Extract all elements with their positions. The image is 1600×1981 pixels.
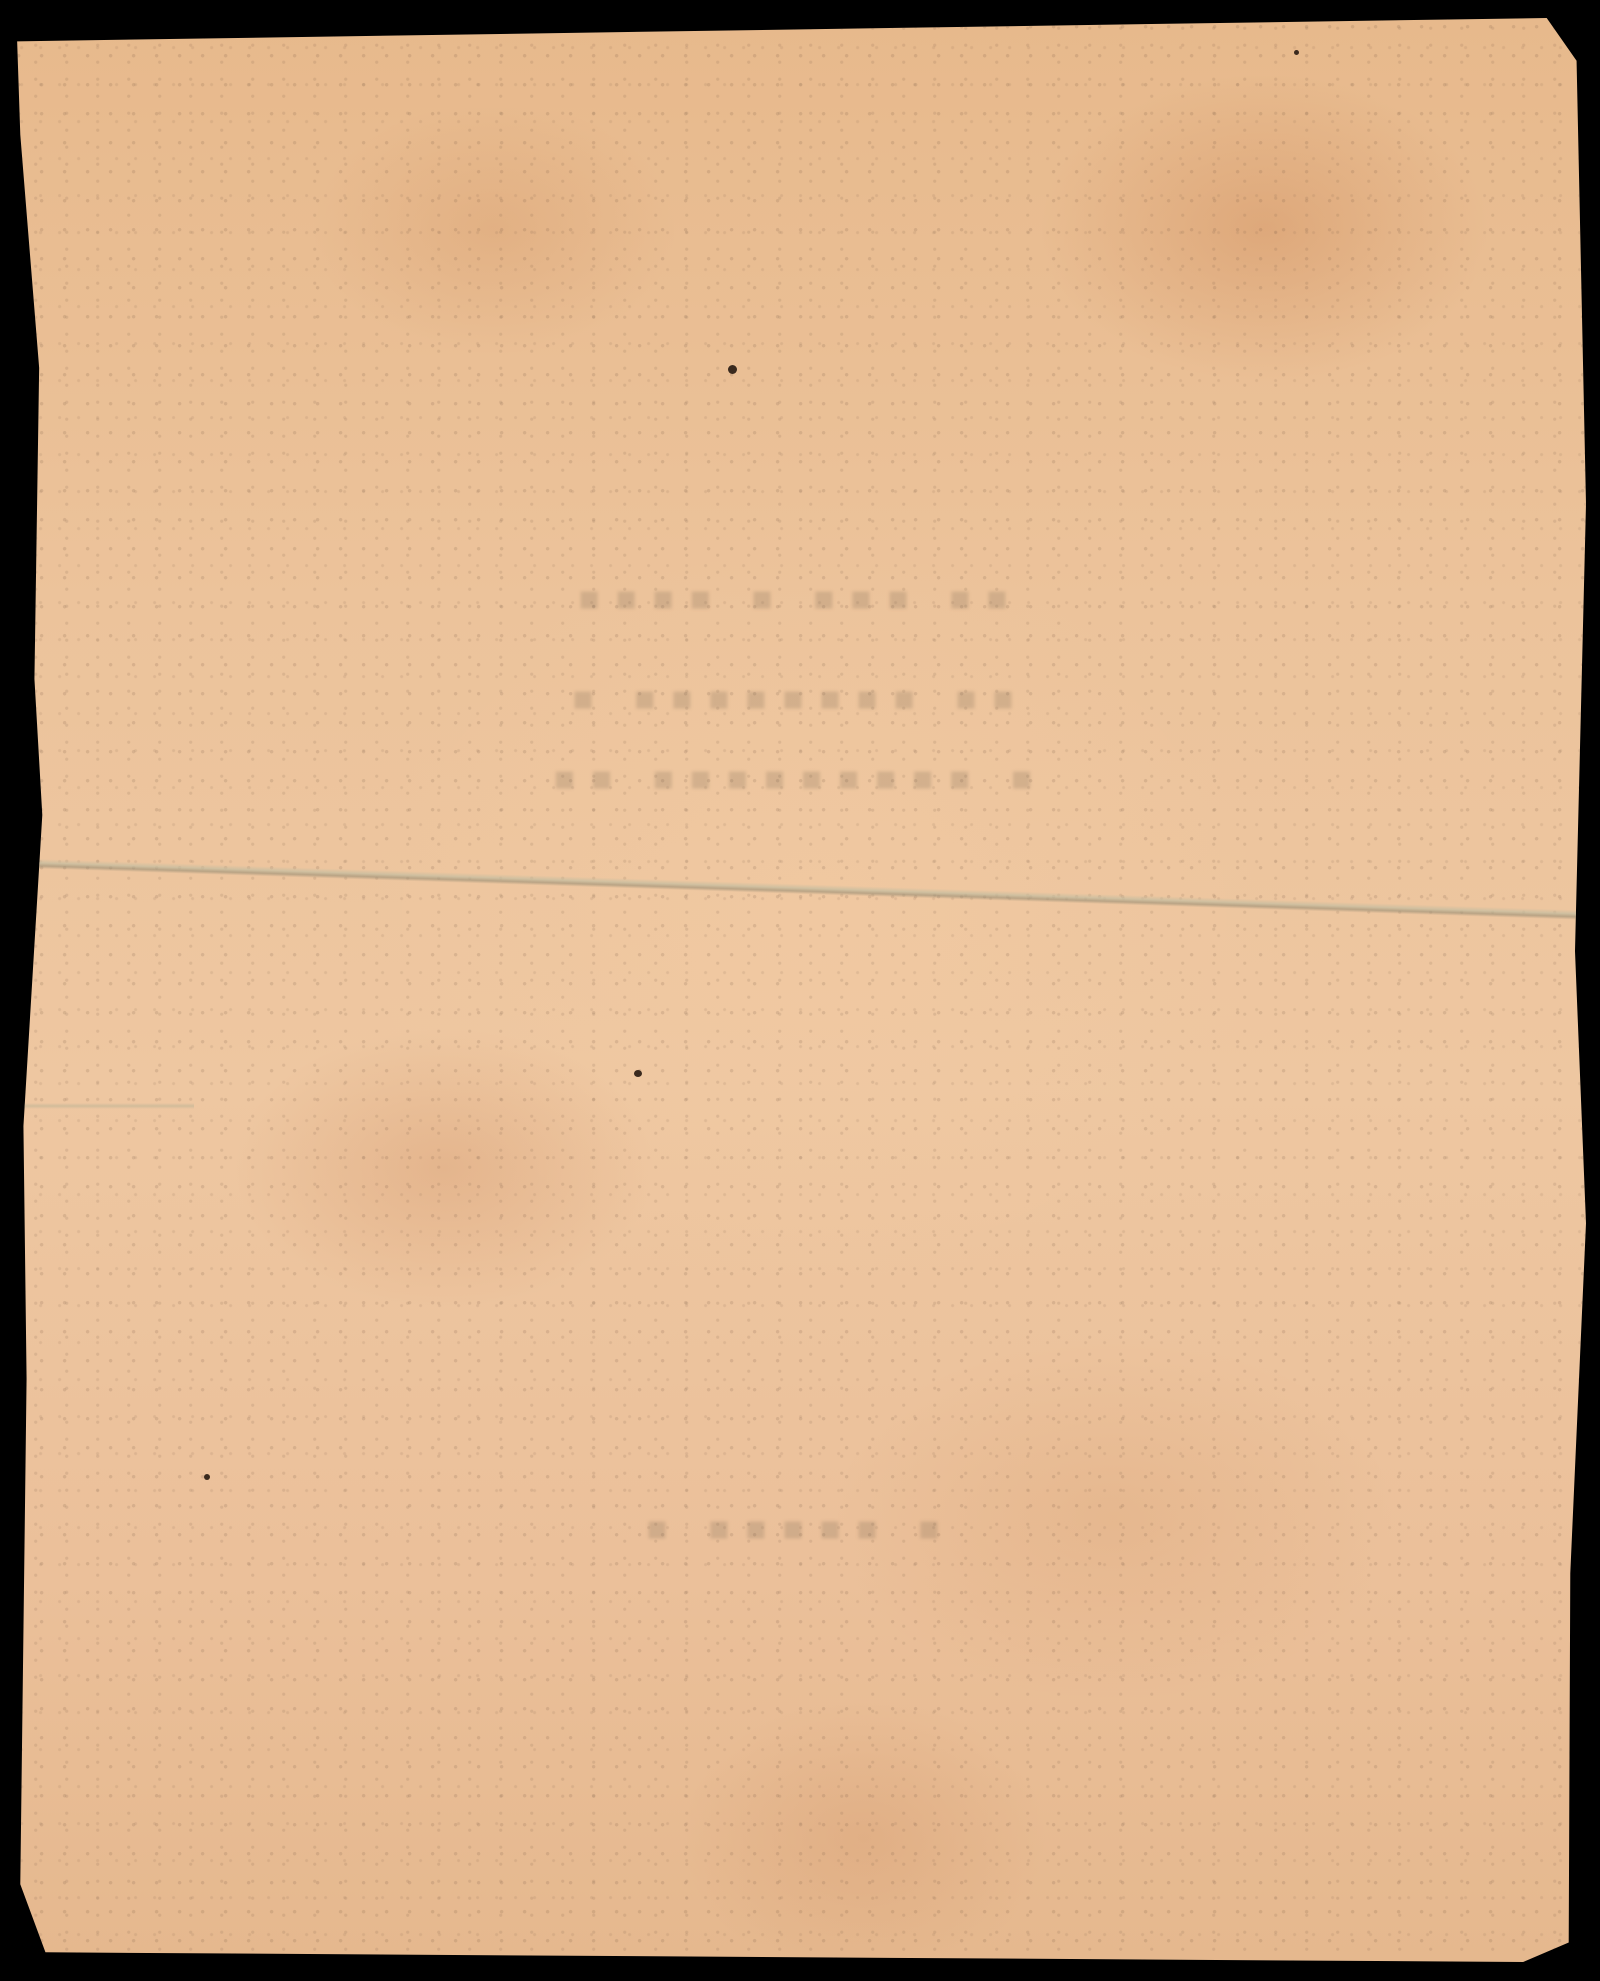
ink-bleed-through: ▪▪▪▪ ▪ ▪▪▪ ▪▪	[14, 578, 1586, 618]
paper-texture	[14, 18, 1586, 1962]
fold-line-secondary	[14, 1103, 194, 1109]
stain-spot	[728, 365, 737, 374]
ink-bleed-through: ▪ ▪▪▪▪▪ ▪	[14, 1508, 1586, 1548]
ink-bleed-through: ▪ ▪▪▪▪▪▪▪▪ ▪▪	[14, 678, 1586, 718]
ink-bleed-through: ▪▪ ▪▪▪▪▪▪▪▪▪ ▪	[14, 758, 1586, 798]
paper-sheet: ▪▪▪▪ ▪ ▪▪▪ ▪▪ ▪ ▪▪▪▪▪▪▪▪ ▪▪ ▪▪ ▪▪▪▪▪▪▪▪▪…	[14, 18, 1586, 1962]
stain-spot	[204, 1474, 210, 1480]
stain-spot	[1294, 50, 1299, 55]
stain-spot	[634, 1070, 642, 1077]
